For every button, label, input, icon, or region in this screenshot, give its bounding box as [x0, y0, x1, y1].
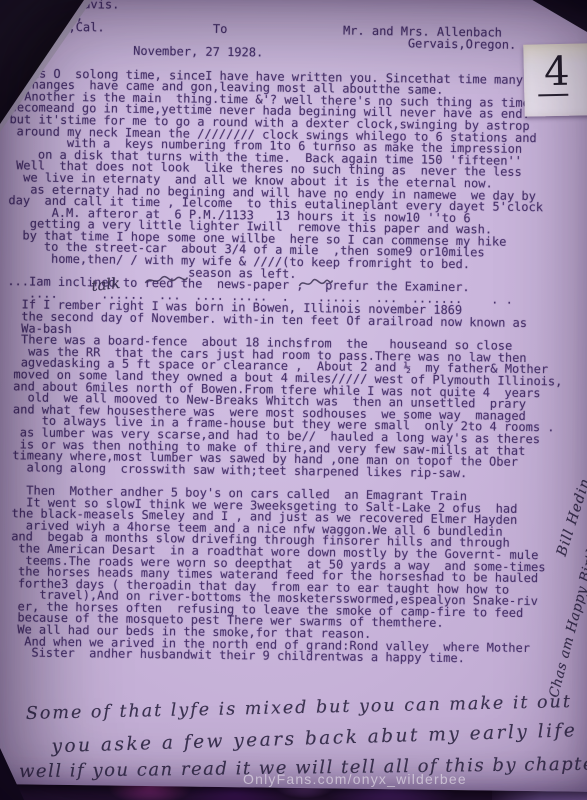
page-number: 4	[523, 49, 587, 94]
letter-photograph: win Davis. ld St, akland,Cal. To Mr. and…	[0, 0, 587, 800]
typed-letter-text: win Davis. ld St, akland,Cal. To Mr. and…	[2, 0, 567, 666]
handwritten-insert-talk: talk	[90, 274, 121, 295]
ink-scribble-icon	[143, 272, 189, 289]
ink-scribble-icon	[297, 274, 333, 292]
handwritten-note-line: Some of that lyfe is mixed but you can m…	[26, 692, 572, 724]
handwritten-note-line: you aske a few years back abut my early …	[51, 720, 577, 757]
page-number-tab: 4	[523, 43, 587, 116]
watermark-text: OnlyFans.com/onyx_wilderbee	[243, 771, 467, 787]
letter-paper: win Davis. ld St, akland,Cal. To Mr. and…	[0, 0, 587, 792]
